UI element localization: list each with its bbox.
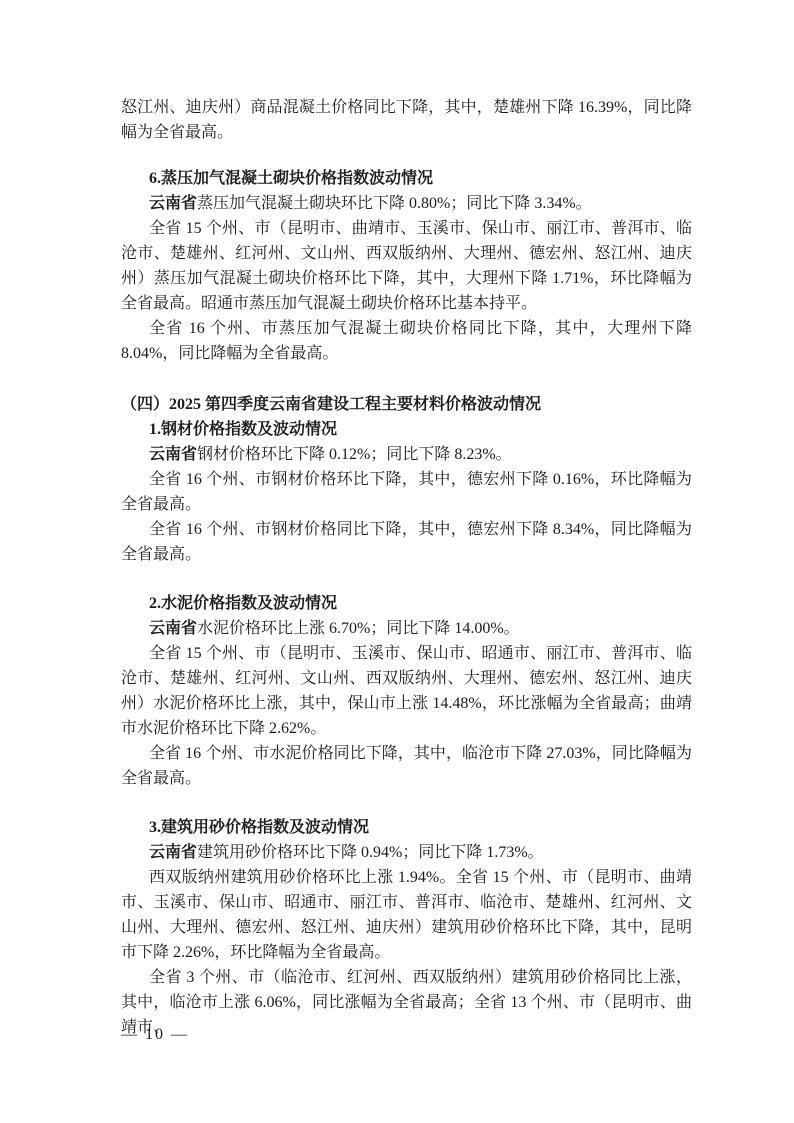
paragraph: 全省 15 个州、市（昆明市、玉溪市、保山市、昭通市、丽江市、普洱市、临沧市、楚… <box>121 641 692 741</box>
paragraph: 全省 16 个州、市水泥价格同比下降，其中，临沧市下降 27.03%，同比降幅为… <box>121 741 692 791</box>
paragraph: 云南省建筑用砂价格环比下降 0.94%；同比下降 1.73%。 <box>121 840 692 865</box>
paragraph: 全省 16 个州、市钢材价格环比下降，其中，德宏州下降 0.16%，环比降幅为全… <box>121 467 692 517</box>
heading-construction-sand: 3.建筑用砂价格指数及波动情况 <box>121 815 692 840</box>
paragraph: 云南省水泥价格环比上涨 6.70%；同比下降 14.00%。 <box>121 616 692 641</box>
paragraph: 全省 15 个州、市（昆明市、曲靖市、玉溪市、保山市、丽江市、普洱市、临沧市、楚… <box>121 216 692 316</box>
heading-aerated-concrete-block: 6.蒸压加气混凝土砌块价格指数波动情况 <box>121 166 692 191</box>
paragraph: 全省 16 个州、市蒸压加气混凝土砌块价格同比下降，其中，大理州下降 8.04%… <box>121 316 692 366</box>
document-body: 怒江州、迪庆州）商品混凝土价格同比下降，其中，楚雄州下降 16.39%，同比降幅… <box>121 95 692 1040</box>
paragraph: 全省 16 个州、市钢材价格同比下降，其中，德宏州下降 8.34%，同比降幅为全… <box>121 517 692 567</box>
paragraph-lead: 云南省 <box>149 195 197 212</box>
paragraph-text: 钢材价格环比下降 0.12%；同比下降 8.23%。 <box>197 446 512 463</box>
paragraph: 西双版纳州建筑用砂价格环比上涨 1.94%。全省 15 个州、市（昆明市、曲靖市… <box>121 865 692 965</box>
paragraph: 全省 3 个州、市（临沧市、红河州、西双版纳州）建筑用砂价格同比上涨，其中，临沧… <box>121 965 692 1040</box>
paragraph-text: 蒸压加气混凝土砌块环比下降 0.80%；同比下降 3.34%。 <box>197 195 592 212</box>
paragraph: 云南省蒸压加气混凝土砌块环比下降 0.80%；同比下降 3.34%。 <box>121 191 692 216</box>
heading-steel: 1.钢材价格指数及波动情况 <box>121 417 692 442</box>
paragraph-text: 水泥价格环比上涨 6.70%；同比下降 14.00%。 <box>197 620 520 637</box>
paragraph-lead: 云南省 <box>149 446 197 463</box>
paragraph: 云南省钢材价格环比下降 0.12%；同比下降 8.23%。 <box>121 442 692 467</box>
paragraph: 怒江州、迪庆州）商品混凝土价格同比下降，其中，楚雄州下降 16.39%，同比降幅… <box>121 95 692 145</box>
paragraph-text: 建筑用砂价格环比下降 0.94%；同比下降 1.73%。 <box>197 844 544 861</box>
page-number: — 10 — <box>121 1022 189 1047</box>
document-page: 怒江州、迪庆州）商品混凝土价格同比下降，其中，楚雄州下降 16.39%，同比降幅… <box>0 0 794 1123</box>
paragraph-lead: 云南省 <box>149 620 197 637</box>
paragraph-lead: 云南省 <box>149 844 197 861</box>
section-heading-part-four: （四）2025 第四季度云南省建设工程主要材料价格波动情况 <box>121 392 692 417</box>
heading-cement: 2.水泥价格指数及波动情况 <box>121 591 692 616</box>
